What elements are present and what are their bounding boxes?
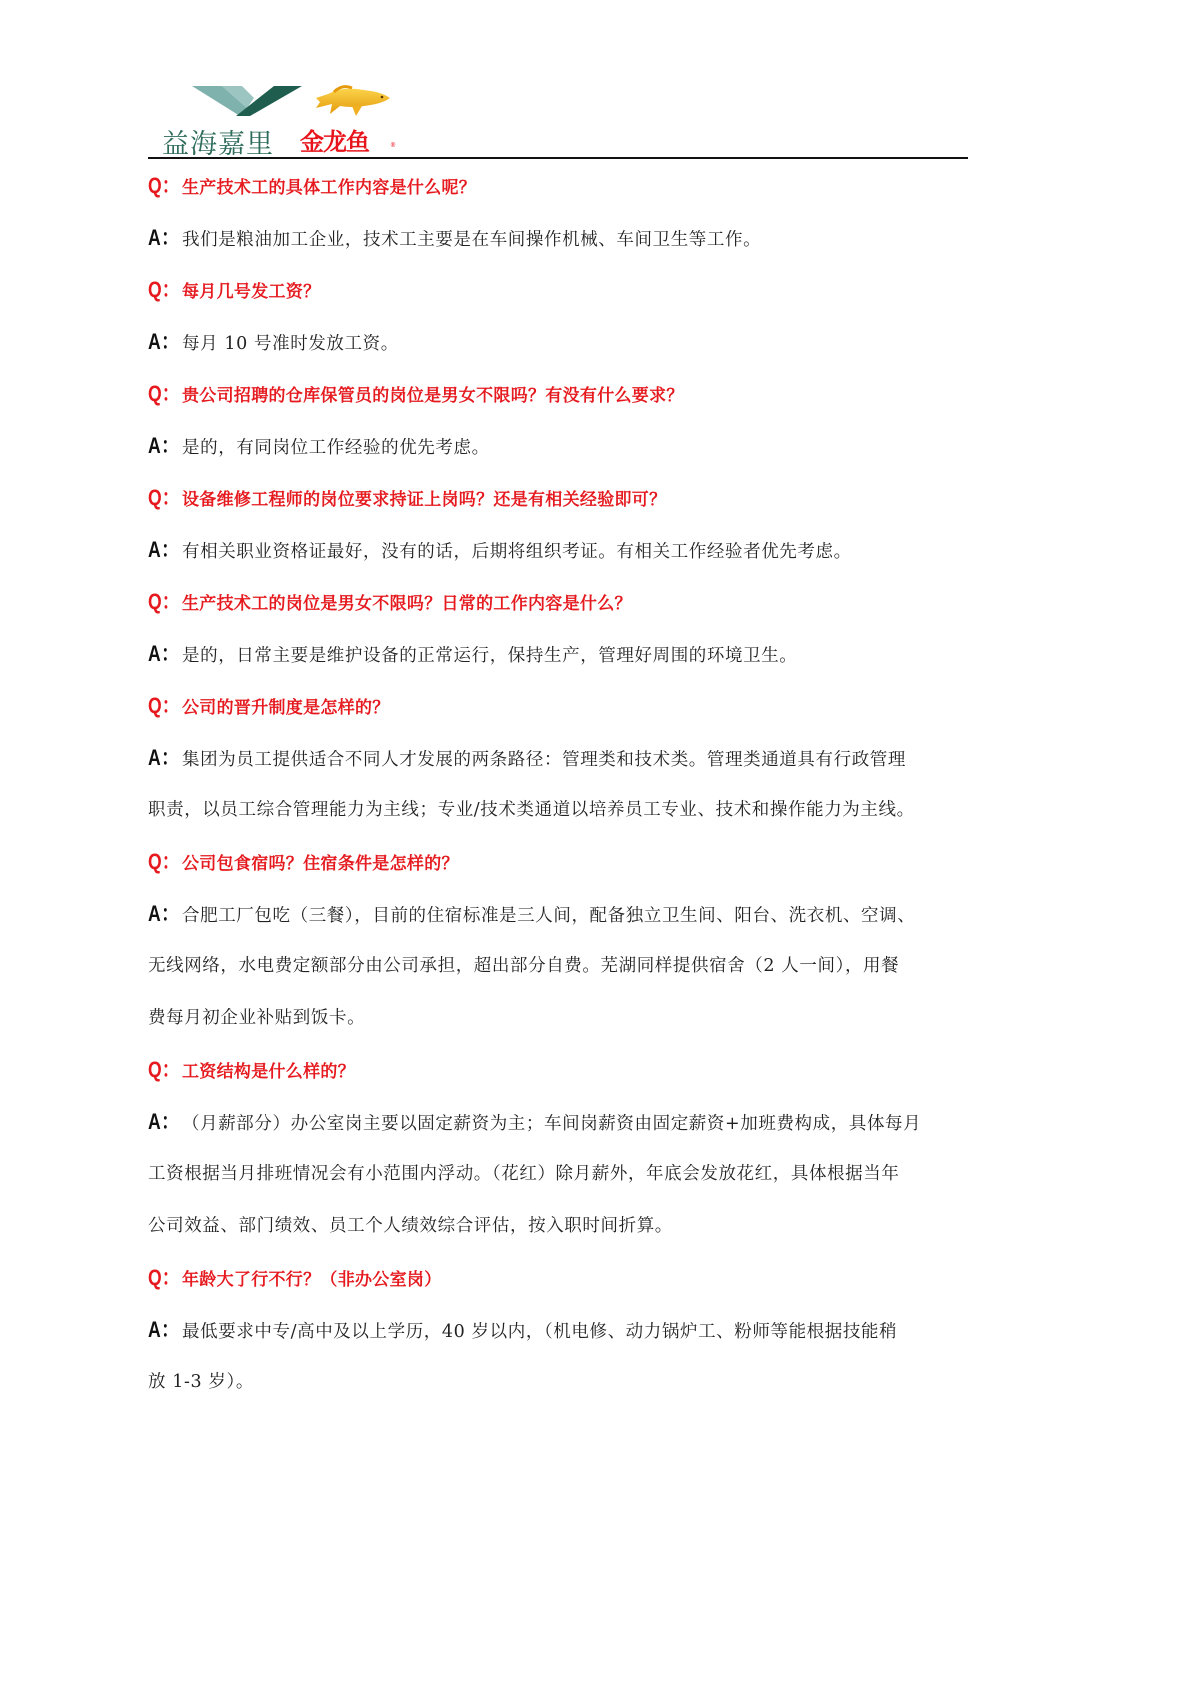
faq-question: Q：公司的晋升制度是怎样的？ bbox=[148, 696, 978, 748]
faq-answer: A：合肥工厂包吃（三餐），目前的住宿标准是三人间，配备独立卫生间、阳台、洗衣机、… bbox=[148, 904, 978, 956]
answer-text: 有相关职业资格证最好，没有的话，后期将组织考证。有相关工作经验者优先考虑。 bbox=[182, 542, 852, 562]
arawana-brand-text: 金龙鱼 bbox=[300, 122, 369, 157]
a-prefix: A： bbox=[148, 748, 175, 768]
question-text: 工资结构是什么样的？ bbox=[182, 1062, 355, 1082]
a-prefix: A： bbox=[148, 644, 175, 664]
question-text: 设备维修工程师的岗位要求持证上岗吗？还是有相关经验即可？ bbox=[182, 490, 666, 510]
yihai-kerry-logo: 益海嘉里 bbox=[162, 86, 302, 156]
double-chevron-logo-icon bbox=[192, 86, 302, 118]
answer-text: 合肥工厂包吃（三餐），目前的住宿标准是三人间，配备独立卫生间、阳台、洗衣机、空调… bbox=[182, 906, 915, 926]
answer-text: （月薪部分）办公室岗主要以固定薪资为主；车间岗薪资由固定薪资+加班费构成，具体每… bbox=[182, 1114, 921, 1134]
a-prefix: A： bbox=[148, 904, 175, 924]
answer-text: 公司效益、部门绩效、员工个人绩效综合评估，按入职时间折算。 bbox=[148, 1216, 673, 1236]
faq-answer: A：（月薪部分）办公室岗主要以固定薪资为主；车间岗薪资由固定薪资+加班费构成，具… bbox=[148, 1112, 978, 1164]
faq-answer: A：集团为员工提供适合不同人才发展的两条路径：管理类和技术类。管理类通道具有行政… bbox=[148, 748, 978, 800]
faq-answer-continued: 工资根据当月排班情况会有小范围内浮动。（花红）除月薪外，年底会发放花红，具体根据… bbox=[148, 1164, 978, 1216]
q-prefix: Q： bbox=[148, 852, 175, 872]
q-prefix: Q： bbox=[148, 696, 175, 716]
faq-question: Q：工资结构是什么样的？ bbox=[148, 1060, 978, 1112]
faq-question: Q：贵公司招聘的仓库保管员的岗位是男女不限吗？有没有什么要求？ bbox=[148, 384, 978, 436]
faq-answer: A：是的，有同岗位工作经验的优先考虑。 bbox=[148, 436, 978, 488]
answer-text: 费每月初企业补贴到饭卡。 bbox=[148, 1008, 365, 1028]
q-prefix: Q： bbox=[148, 488, 175, 508]
q-prefix: Q： bbox=[148, 280, 175, 300]
yihai-kerry-text: 益海嘉里 bbox=[162, 122, 274, 161]
question-text: 生产技术工的具体工作内容是什么呢？ bbox=[182, 178, 476, 198]
faq-answer-continued: 无线网络，水电费定额部分由公司承担，超出部分自费。芜湖同样提供宿舍（2 人一间）… bbox=[148, 956, 978, 1008]
answer-text: 最低要求中专/高中及以上学历，40 岁以内，（机电修、动力锅炉工、粉师等能根据技… bbox=[182, 1322, 897, 1342]
page-header: 益海嘉里 金龙鱼 ® bbox=[148, 78, 968, 160]
a-prefix: A： bbox=[148, 436, 175, 456]
faq-question: Q：生产技术工的岗位是男女不限吗？日常的工作内容是什么？ bbox=[148, 592, 978, 644]
faq-question: Q：生产技术工的具体工作内容是什么呢？ bbox=[148, 176, 978, 228]
q-prefix: Q： bbox=[148, 1060, 175, 1080]
faq-question: Q：设备维修工程师的岗位要求持证上岗吗？还是有相关经验即可？ bbox=[148, 488, 978, 540]
faq-question: Q：每月几号发工资？ bbox=[148, 280, 978, 332]
registered-mark: ® bbox=[390, 142, 396, 149]
answer-text: 职责，以员工综合管理能力为主线；专业/技术类通道以培养员工专业、技术和操作能力为… bbox=[148, 800, 915, 820]
faq-answer: A：每月 10 号准时发放工资。 bbox=[148, 332, 978, 384]
question-text: 年龄大了行不行？（非办公室岗） bbox=[182, 1270, 442, 1290]
faq-list: Q：生产技术工的具体工作内容是什么呢？ A：我们是粮油加工企业，技术工主要是在车… bbox=[148, 176, 978, 1424]
a-prefix: A： bbox=[148, 228, 175, 248]
faq-answer: A：最低要求中专/高中及以上学历，40 岁以内，（机电修、动力锅炉工、粉师等能根… bbox=[148, 1320, 978, 1372]
faq-answer-continued: 职责，以员工综合管理能力为主线；专业/技术类通道以培养员工专业、技术和操作能力为… bbox=[148, 800, 978, 852]
answer-text: 无线网络，水电费定额部分由公司承担，超出部分自费。芜湖同样提供宿舍（2 人一间）… bbox=[148, 956, 899, 976]
faq-question: Q：公司包食宿吗？住宿条件是怎样的？ bbox=[148, 852, 978, 904]
a-prefix: A： bbox=[148, 1112, 175, 1132]
question-text: 公司包食宿吗？住宿条件是怎样的？ bbox=[182, 854, 459, 874]
a-prefix: A： bbox=[148, 1320, 175, 1340]
answer-text: 每月 10 号准时发放工资。 bbox=[182, 334, 399, 354]
faq-answer: A：是的，日常主要是维护设备的正常运行，保持生产，管理好周围的环境卫生。 bbox=[148, 644, 978, 696]
question-text: 每月几号发工资？ bbox=[182, 282, 320, 302]
faq-answer-continued: 费每月初企业补贴到饭卡。 bbox=[148, 1008, 978, 1060]
q-prefix: Q： bbox=[148, 592, 175, 612]
answer-text: 是的，有同岗位工作经验的优先考虑。 bbox=[182, 438, 490, 458]
a-prefix: A： bbox=[148, 540, 175, 560]
q-prefix: Q： bbox=[148, 1268, 175, 1288]
answer-text: 集团为员工提供适合不同人才发展的两条路径：管理类和技术类。管理类通道具有行政管理 bbox=[182, 750, 906, 770]
faq-answer-continued: 放 1-3 岁）。 bbox=[148, 1372, 978, 1424]
q-prefix: Q： bbox=[148, 384, 175, 404]
faq-answer: A：我们是粮油加工企业，技术工主要是在车间操作机械、车间卫生等工作。 bbox=[148, 228, 978, 280]
answer-text: 工资根据当月排班情况会有小范围内浮动。（花红）除月薪外，年底会发放花红，具体根据… bbox=[148, 1164, 899, 1184]
faq-answer-continued: 公司效益、部门绩效、员工个人绩效综合评估，按入职时间折算。 bbox=[148, 1216, 978, 1268]
answer-text: 我们是粮油加工企业，技术工主要是在车间操作机械、车间卫生等工作。 bbox=[182, 230, 761, 250]
document-page: 益海嘉里 金龙鱼 ® Q：生产技术工的具体工作内容是什么呢？ bbox=[0, 0, 1190, 1683]
faq-question: Q：年龄大了行不行？（非办公室岗） bbox=[148, 1268, 978, 1320]
question-text: 贵公司招聘的仓库保管员的岗位是男女不限吗？有没有什么要求？ bbox=[182, 386, 684, 406]
header-divider bbox=[148, 157, 968, 159]
answer-text: 是的，日常主要是维护设备的正常运行，保持生产，管理好周围的环境卫生。 bbox=[182, 646, 797, 666]
arawana-logo: 金龙鱼 ® bbox=[300, 84, 400, 158]
answer-text: 放 1-3 岁）。 bbox=[148, 1372, 254, 1392]
question-text: 公司的晋升制度是怎样的？ bbox=[182, 698, 390, 718]
question-text: 生产技术工的岗位是男女不限吗？日常的工作内容是什么？ bbox=[182, 594, 632, 614]
a-prefix: A： bbox=[148, 332, 175, 352]
golden-arowana-fish-icon bbox=[312, 84, 392, 120]
faq-answer: A：有相关职业资格证最好，没有的话，后期将组织考证。有相关工作经验者优先考虑。 bbox=[148, 540, 978, 592]
q-prefix: Q： bbox=[148, 176, 175, 196]
